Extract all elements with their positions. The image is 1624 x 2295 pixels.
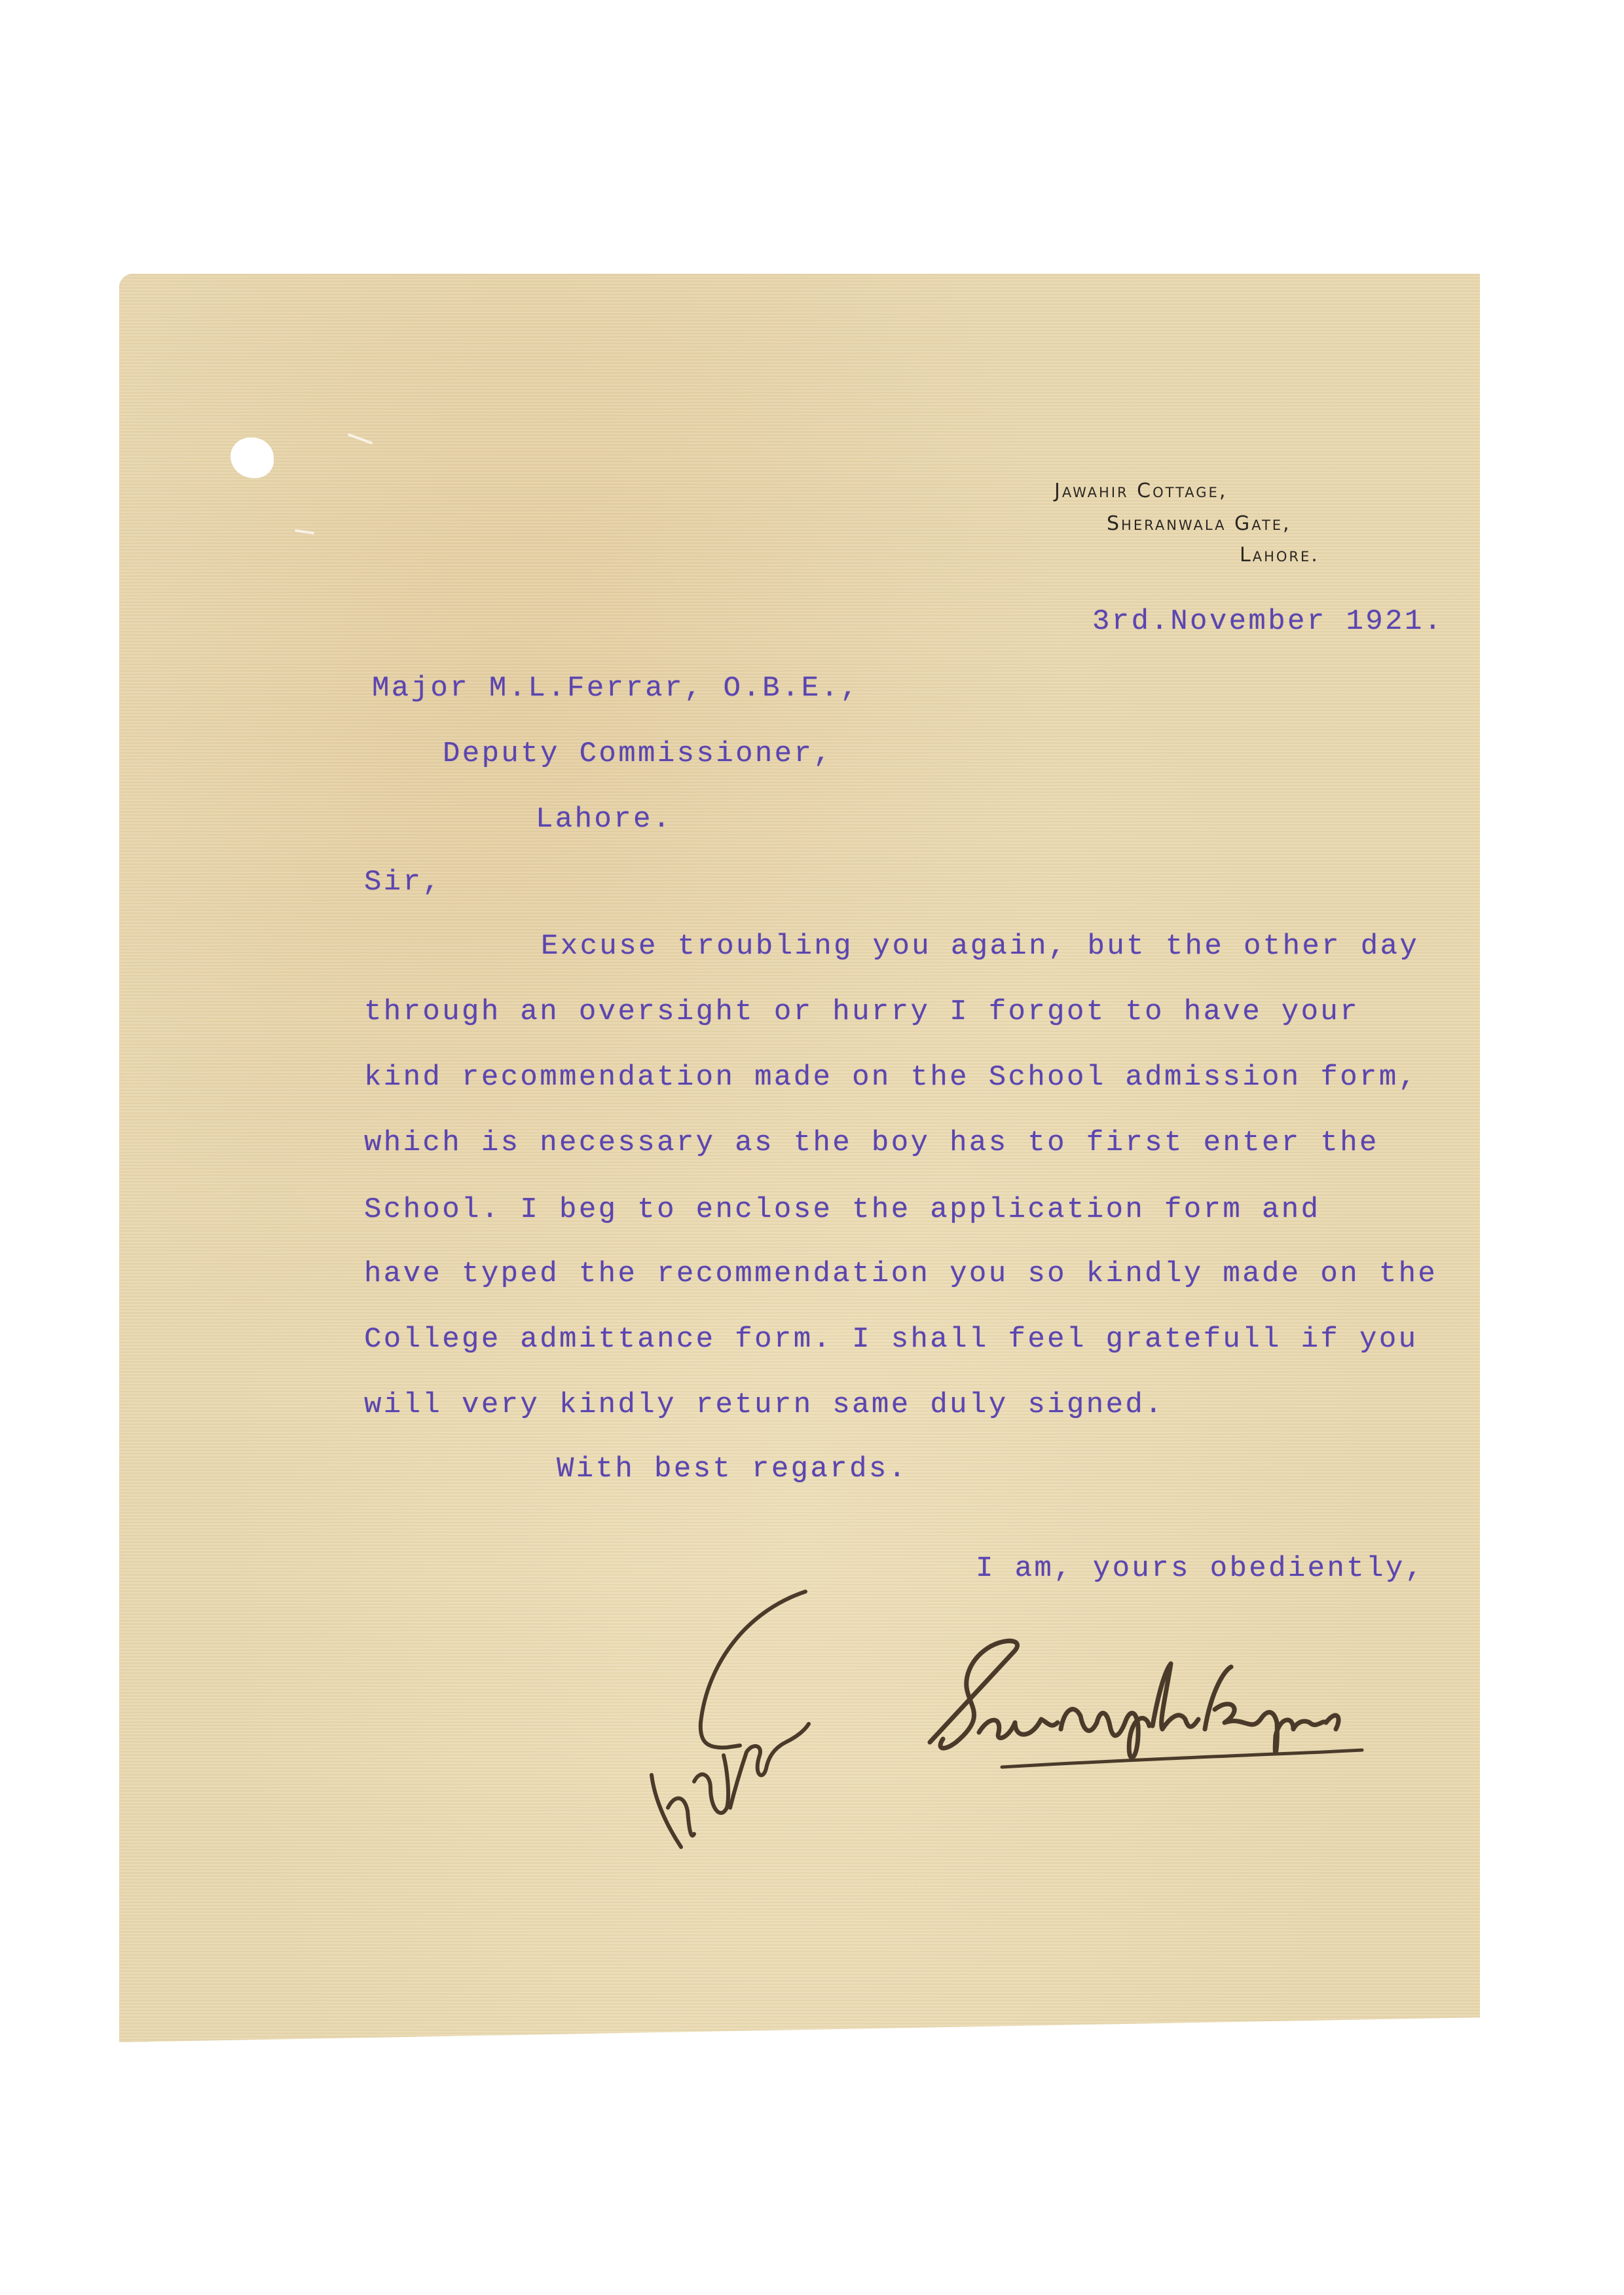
regards: With best regards.	[557, 1453, 908, 1485]
body-line: kind recommendation made on the School a…	[364, 1061, 1418, 1094]
recipient-name: Major M.L.Ferrar, O.B.E.,	[372, 672, 860, 705]
body-line: will very kindly return same duly signed…	[364, 1389, 1164, 1421]
sender-signature	[917, 1611, 1506, 1782]
body-line: through an oversight or hurry I forgot t…	[364, 996, 1359, 1028]
recipient-city: Lahore.	[536, 803, 673, 836]
letterhead-line-2: Sheranwala Gate,	[1107, 512, 1291, 535]
body-line: have typed the recommendation you so kin…	[364, 1258, 1437, 1290]
salutation: Sir,	[364, 866, 442, 899]
body-line: Excuse troubling you again, but the othe…	[541, 930, 1419, 963]
letter-date: 3rd.November 1921.	[1092, 605, 1443, 638]
body-line: College admittance form. I shall feel gr…	[364, 1323, 1418, 1356]
body-line: School. I beg to enclose the application…	[364, 1193, 1320, 1226]
closing: I am, yours obediently,	[976, 1552, 1425, 1585]
body-line: which is necessary as the boy has to fir…	[364, 1127, 1379, 1159]
letterhead-line-3: Lahore.	[1240, 544, 1319, 567]
recipient-title: Deputy Commissioner,	[443, 737, 833, 770]
initials-signature	[648, 1585, 845, 1860]
letterhead-line-1: Jawahir Cottage,	[1054, 479, 1227, 502]
